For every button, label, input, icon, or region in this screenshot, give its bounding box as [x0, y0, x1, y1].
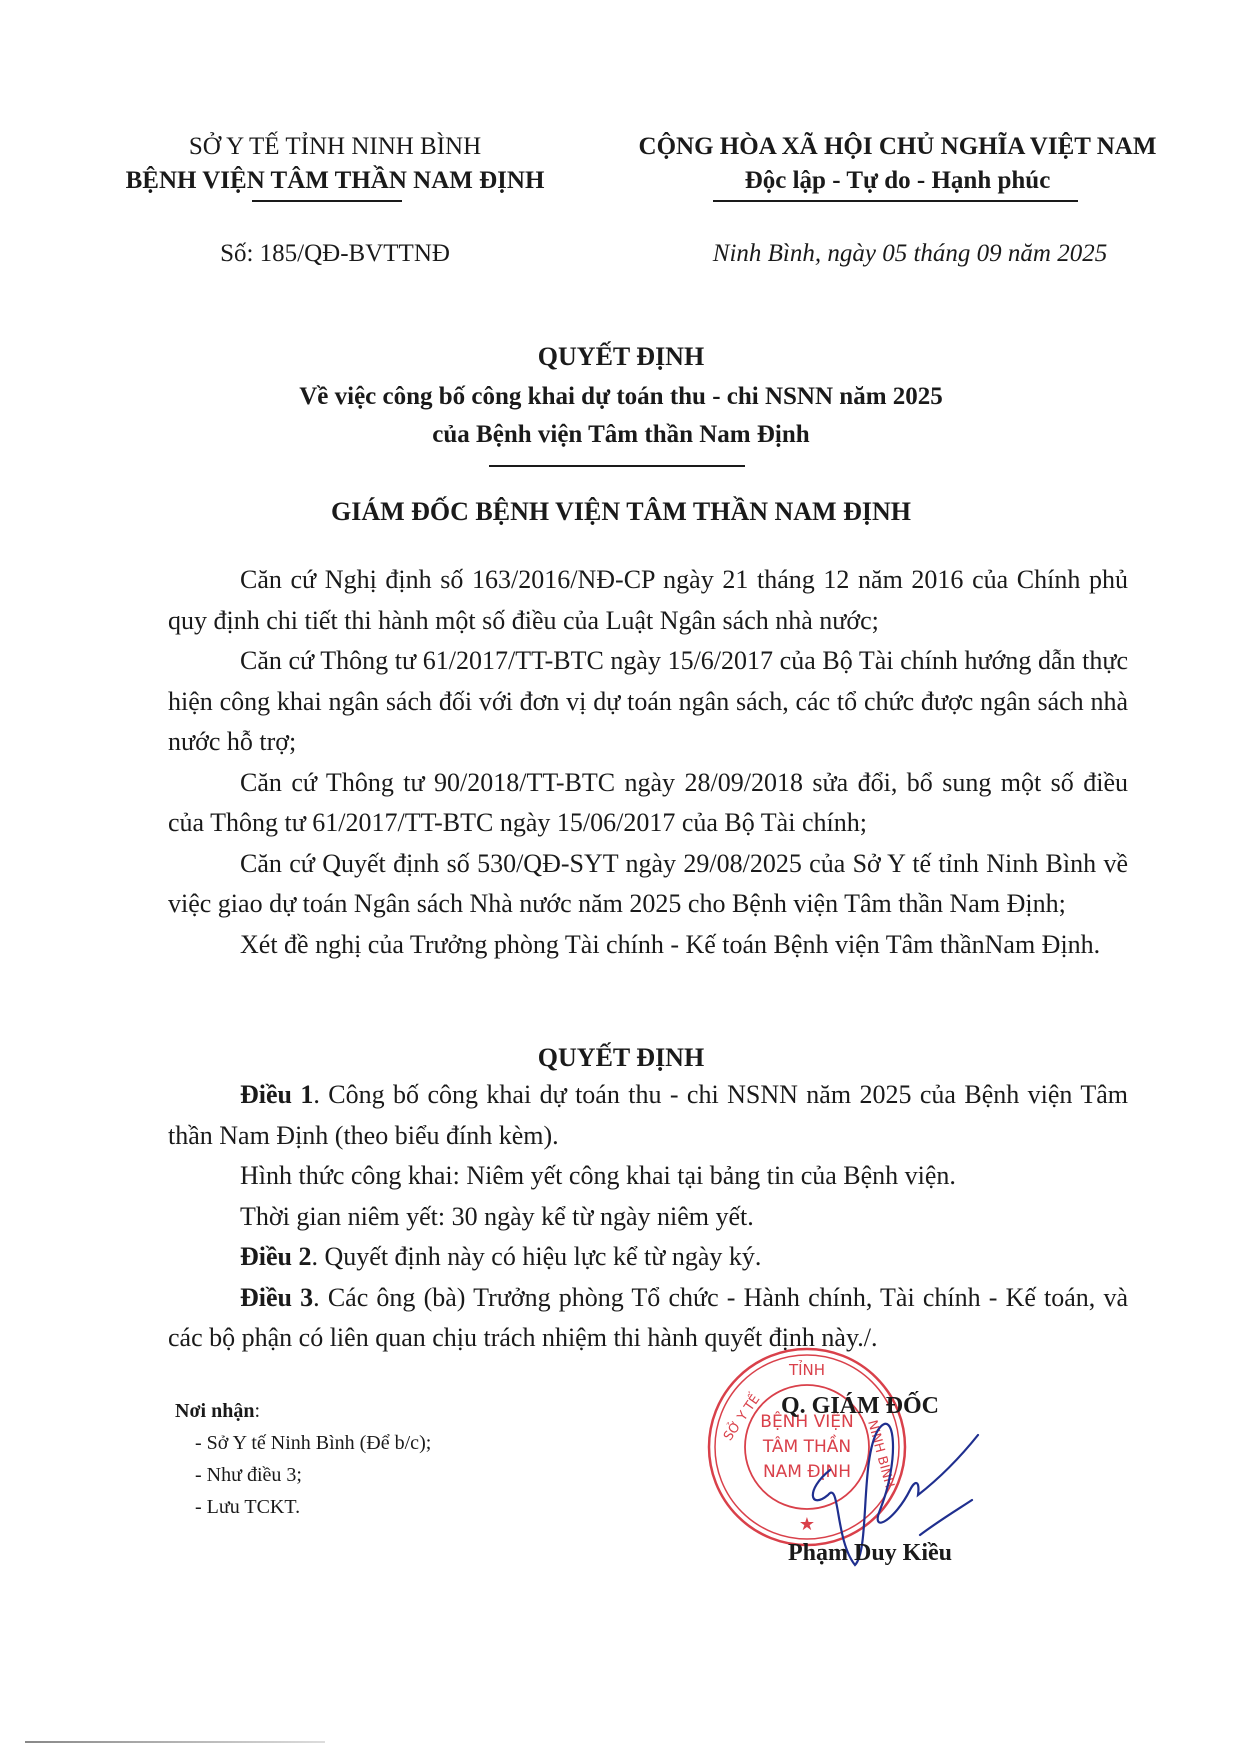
preamble: Căn cứ Nghị định số 163/2016/NĐ-CP ngày …	[168, 560, 1128, 965]
recipients-label: Nơi nhận	[175, 1400, 254, 1422]
decision-heading: QUYẾT ĐỊNH	[0, 1043, 1242, 1073]
article-1-form: Hình thức công khai: Niêm yết công khai …	[168, 1156, 1128, 1197]
svg-text:TỈNH: TỈNH	[788, 1359, 825, 1379]
articles: Điều 1. Công bố công khai dự toán thu - …	[168, 1075, 1128, 1359]
national-header-block: CỘNG HÒA XÃ HỘI CHỦ NGHĨA VIỆT NAM Độc l…	[600, 130, 1195, 198]
org-underline	[252, 200, 402, 202]
issuing-authority: GIÁM ĐỐC BỆNH VIỆN TÂM THẦN NAM ĐỊNH	[0, 497, 1242, 527]
preamble-item: Căn cứ Thông tư 61/2017/TT-BTC ngày 15/6…	[168, 641, 1128, 763]
document-subtitle-line2: của Bệnh viện Tâm thần Nam Định	[0, 416, 1242, 454]
article-2-label: Điều 2	[240, 1242, 312, 1271]
document-title: QUYẾT ĐỊNH	[0, 342, 1242, 372]
document-number: Số: 185/QĐ-BVTTNĐ	[90, 240, 580, 268]
country-name: CỘNG HÒA XÃ HỘI CHỦ NGHĨA VIỆT NAM	[600, 130, 1195, 164]
preamble-item: Căn cứ Thông tư 90/2018/TT-BTC ngày 28/0…	[168, 763, 1128, 844]
organization-name: BỆNH VIỆN TÂM THẦN NAM ĐỊNH	[90, 164, 580, 198]
article-2: Điều 2. Quyết định này có hiệu lực kể từ…	[168, 1237, 1128, 1278]
recipient-item: - Lưu TCKT.	[175, 1491, 431, 1523]
article-2-text: . Quyết định này có hiệu lực kể từ ngày …	[312, 1242, 762, 1271]
article-1-label: Điều 1	[240, 1080, 313, 1109]
issuing-agency-block: SỞ Y TẾ TỈNH NINH BÌNH BỆNH VIỆN TÂM THẦ…	[90, 130, 580, 198]
national-motto: Độc lập - Tự do - Hạnh phúc	[600, 164, 1195, 198]
recipient-item: - Như điều 3;	[175, 1459, 431, 1491]
article-3-label: Điều 3	[240, 1283, 313, 1312]
parent-agency: SỞ Y TẾ TỈNH NINH BÌNH	[90, 130, 580, 164]
scan-edge-artifact	[25, 1741, 325, 1743]
article-3: Điều 3. Các ông (bà) Trưởng phòng Tổ chứ…	[168, 1278, 1128, 1359]
document-subtitle-line1: Về việc công bố công khai dự toán thu - …	[0, 378, 1242, 416]
article-1: Điều 1. Công bố công khai dự toán thu - …	[168, 1075, 1128, 1156]
motto-underline	[713, 200, 1078, 202]
place-date: Ninh Bình, ngày 05 tháng 09 năm 2025	[640, 240, 1180, 268]
preamble-item: Xét đề nghị của Trưởng phòng Tài chính -…	[168, 925, 1128, 966]
signer-name: Phạm Duy Kiều	[740, 1540, 1000, 1567]
title-underline	[489, 465, 745, 467]
preamble-item: Căn cứ Nghị định số 163/2016/NĐ-CP ngày …	[168, 560, 1128, 641]
preamble-item: Căn cứ Quyết định số 530/QĐ-SYT ngày 29/…	[168, 844, 1128, 925]
recipient-item: - Sở Y tế Ninh Bình (Để b/c);	[175, 1427, 431, 1459]
recipients-block: Nơi nhận: - Sở Y tế Ninh Bình (Để b/c); …	[175, 1395, 431, 1523]
article-1-time: Thời gian niêm yết: 30 ngày kể từ ngày n…	[168, 1197, 1128, 1238]
